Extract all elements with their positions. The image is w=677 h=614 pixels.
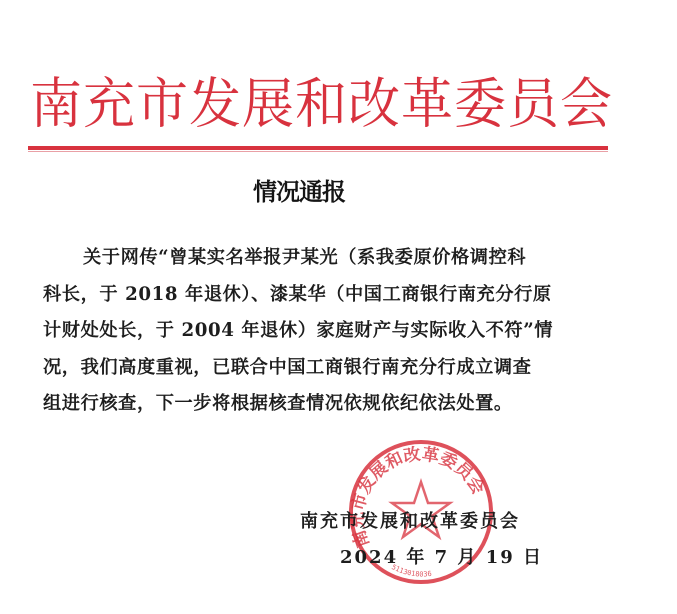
letterhead-rule-thick: [28, 146, 608, 150]
signature-date: 2024 年 7 月 19 日: [340, 543, 543, 569]
letterhead-org-name: 南充市发展和改革委员会: [30, 66, 610, 144]
letterhead-rule-thin: [28, 151, 608, 152]
body-line: 关于网传“曾某实名举报尹某光（系我委原价格调控科: [43, 240, 583, 277]
document-title: 情况通报: [253, 172, 345, 207]
body-line: 组进行核查，下一步将根据核查情况依规依纪依法处置。: [43, 386, 583, 423]
body-line: 科长，于 2018 年退休）、漆某华（中国工商银行南充分行原: [43, 277, 583, 314]
signature-org: 南充市发展和改革委员会: [300, 507, 520, 533]
body-line: 况，我们高度重视，已联合中国工商银行南充分行成立调查: [43, 350, 583, 387]
document-body: 关于网传“曾某实名举报尹某光（系我委原价格调控科 科长，于 2018 年退休）、…: [43, 240, 583, 423]
body-line: 计财处处长，于 2004 年退休）家庭财产与实际收入不符”情: [43, 313, 583, 350]
